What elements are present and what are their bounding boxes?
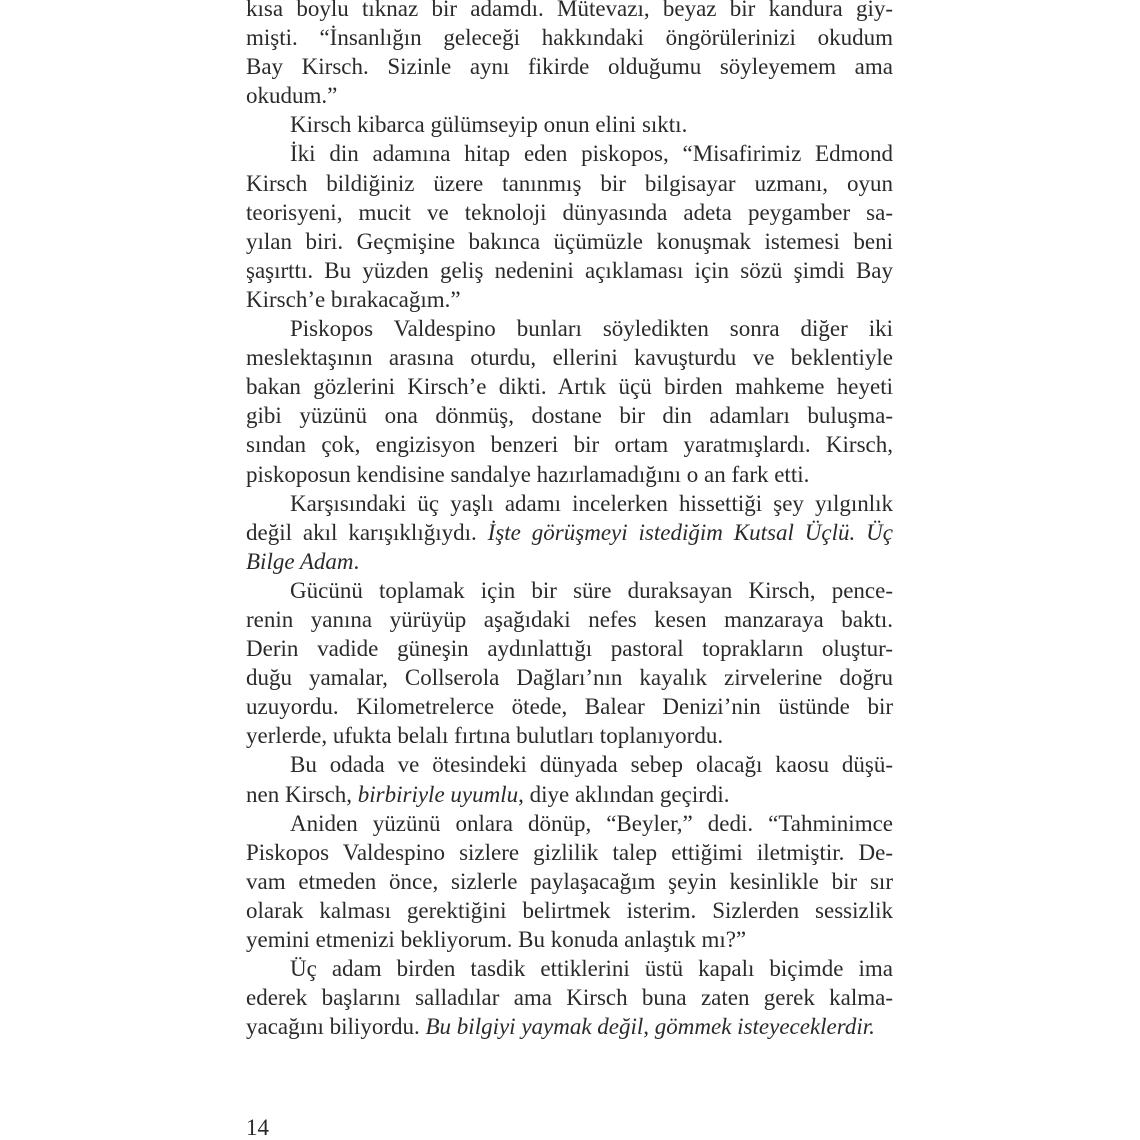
text-segment: Kirsch bildiğiniz üzere tanınmış bir bil… — [246, 171, 893, 196]
paragraph-first-line: Aniden yüzünü onlara dönüp, “Beyler,” de… — [246, 809, 893, 838]
text-segment: yılan biri. Geçmişine bakınca üçümüzle k… — [246, 229, 893, 254]
paragraph-first-line: Kirsch kibarca gülümseyip onun elini sık… — [246, 110, 893, 139]
text-segment: Aniden yüzünü onlara dönüp, “Beyler,” de… — [290, 811, 893, 836]
text-line: teorisyeni, mucit ve teknoloji dünyasınd… — [246, 198, 893, 227]
text-line: şaşırttı. Bu yüzden geliş nedenini açıkl… — [246, 256, 893, 285]
paragraph-first-line: Bu odada ve ötesindeki dünyada sebep ola… — [246, 750, 893, 779]
text-line: uzuyordu. Kilometrelerce ötede, Balear D… — [246, 692, 893, 721]
text-line: kısa boylu tıknaz bir adamdı. Mütevazı, … — [246, 0, 893, 23]
text-segment: nen Kirsch, — [246, 782, 358, 807]
text-line: yılan biri. Geçmişine bakınca üçümüzle k… — [246, 227, 893, 256]
text-segment: sından çok, engizisyon benzeri bir ortam… — [246, 432, 893, 457]
text-segment: Kirsch’e bırakacağım.” — [246, 287, 461, 312]
text-line: mişti. “İnsanlığın geleceği hakkındaki ö… — [246, 23, 893, 52]
text-segment: kısa boylu tıknaz bir adamdı. Mütevazı, … — [246, 0, 893, 21]
text-segment: yacağını biliyordu. — [246, 1014, 426, 1039]
text-segment: mişti. “İnsanlığın geleceği hakkındaki ö… — [246, 25, 893, 50]
text-line: nen Kirsch, birbiriyle uyumlu, diye aklı… — [246, 780, 893, 809]
paragraph-first-line: Gücünü toplamak için bir süre duraksayan… — [246, 576, 893, 605]
text-line: meslektaşının arasına oturdu, ellerini k… — [246, 343, 893, 372]
text-segment: Piskopos Valdespino bunları söyledikten … — [290, 316, 893, 341]
text-line: Kirsch’e bırakacağım.” — [246, 285, 893, 314]
italic-thought-text: Bu bilgiyi yaymak değil, gömmek isteyece… — [426, 1014, 875, 1039]
text-segment: Üç adam birden tasdik ettiklerini üstü k… — [290, 956, 893, 981]
italic-thought-text: İşte görüşmeyi istediğim Kutsal Üçlü. Üç — [488, 520, 893, 545]
text-line: vam etmeden önce, sizlerle paylaşacağım … — [246, 867, 893, 896]
text-line: Kirsch bildiğiniz üzere tanınmış bir bil… — [246, 169, 893, 198]
text-line: değil akıl karışıklığıydı. İşte görüşmey… — [246, 518, 893, 547]
italic-thought-text: Bilge Adam — [246, 549, 354, 574]
paragraph-first-line: Karşısındaki üç yaşlı adamı incelerken h… — [246, 489, 893, 518]
page-number: 14 — [246, 1116, 269, 1140]
text-segment: duğu yamalar, Collserola Dağları’nın kay… — [246, 665, 893, 690]
text-line: sından çok, engizisyon benzeri bir ortam… — [246, 430, 893, 459]
text-segment: olarak kalması gerektiğini belirtmek ist… — [246, 898, 893, 923]
text-line: bakan gözlerini Kirsch’e dikti. Artık üç… — [246, 372, 893, 401]
paragraph-first-line: İki din adamına hitap eden piskopos, “Mi… — [246, 139, 893, 168]
text-segment: bakan gözlerini Kirsch’e dikti. Artık üç… — [246, 374, 893, 399]
text-line: Piskopos Valdespino sizlere gizlilik tal… — [246, 838, 893, 867]
text-line: Bilge Adam. — [246, 547, 893, 576]
text-segment: şaşırttı. Bu yüzden geliş nedenini açıkl… — [246, 258, 893, 283]
text-segment: teorisyeni, mucit ve teknoloji dünyasınd… — [246, 200, 893, 225]
text-segment: uzuyordu. Kilometrelerce ötede, Balear D… — [246, 694, 893, 719]
text-segment: renin yanına yürüyüp aşağıdaki nefes kes… — [246, 607, 893, 632]
paragraph-first-line: Piskopos Valdespino bunları söyledikten … — [246, 314, 893, 343]
text-segment: Karşısındaki üç yaşlı adamı incelerken h… — [290, 491, 893, 516]
text-line: Derin vadide güneşin aydınlattığı pastor… — [246, 634, 893, 663]
text-segment: Gücünü toplamak için bir süre duraksayan… — [290, 578, 893, 603]
text-segment: değil akıl karışıklığıydı. — [246, 520, 488, 545]
book-page-body: kısa boylu tıknaz bir adamdı. Mütevazı, … — [246, 0, 893, 1041]
text-line: olarak kalması gerektiğini belirtmek ist… — [246, 896, 893, 925]
text-segment: okudum.” — [246, 83, 337, 108]
text-segment: , diye aklından geçirdi. — [518, 782, 729, 807]
text-segment: meslektaşının arasına oturdu, ellerini k… — [246, 345, 893, 370]
text-line: duğu yamalar, Collserola Dağları’nın kay… — [246, 663, 893, 692]
text-line: Bay Kirsch. Sizinle aynı fikirde olduğum… — [246, 52, 893, 81]
text-line: yerlerde, ufukta belalı fırtına bulutlar… — [246, 721, 893, 750]
text-line: yemini etmenizi bekliyorum. Bu konuda an… — [246, 925, 893, 954]
text-segment: vam etmeden önce, sizlerle paylaşacağım … — [246, 869, 893, 894]
text-segment: Derin vadide güneşin aydınlattığı pastor… — [246, 636, 893, 661]
text-segment: Bay Kirsch. Sizinle aynı fikirde olduğum… — [246, 54, 893, 79]
text-segment: piskoposun kendisine sandalye hazırlamad… — [246, 462, 809, 487]
text-line: piskoposun kendisine sandalye hazırlamad… — [246, 460, 893, 489]
paragraph-first-line: Üç adam birden tasdik ettiklerini üstü k… — [246, 954, 893, 983]
text-line: ederek başlarını salladılar ama Kirsch b… — [246, 983, 893, 1012]
text-segment: Bu odada ve ötesindeki dünyada sebep ola… — [290, 752, 893, 777]
text-line: gibi yüzünü ona dönmüş, dostane bir din … — [246, 401, 893, 430]
text-line: yacağını biliyordu. Bu bilgiyi yaymak de… — [246, 1012, 893, 1041]
text-segment: ederek başlarını salladılar ama Kirsch b… — [246, 985, 893, 1010]
text-segment: yemini etmenizi bekliyorum. Bu konuda an… — [246, 927, 746, 952]
text-segment: gibi yüzünü ona dönmüş, dostane bir din … — [246, 403, 893, 428]
text-line: okudum.” — [246, 81, 893, 110]
italic-thought-text: birbiriyle uyumlu — [358, 782, 518, 807]
text-line: renin yanına yürüyüp aşağıdaki nefes kes… — [246, 605, 893, 634]
text-segment: . — [354, 549, 360, 574]
text-segment: yerlerde, ufukta belalı fırtına bulutlar… — [246, 723, 723, 748]
text-segment: Kirsch kibarca gülümseyip onun elini sık… — [290, 112, 687, 137]
text-segment: Piskopos Valdespino sizlere gizlilik tal… — [246, 840, 893, 865]
text-segment: İki din adamına hitap eden piskopos, “Mi… — [290, 141, 893, 166]
